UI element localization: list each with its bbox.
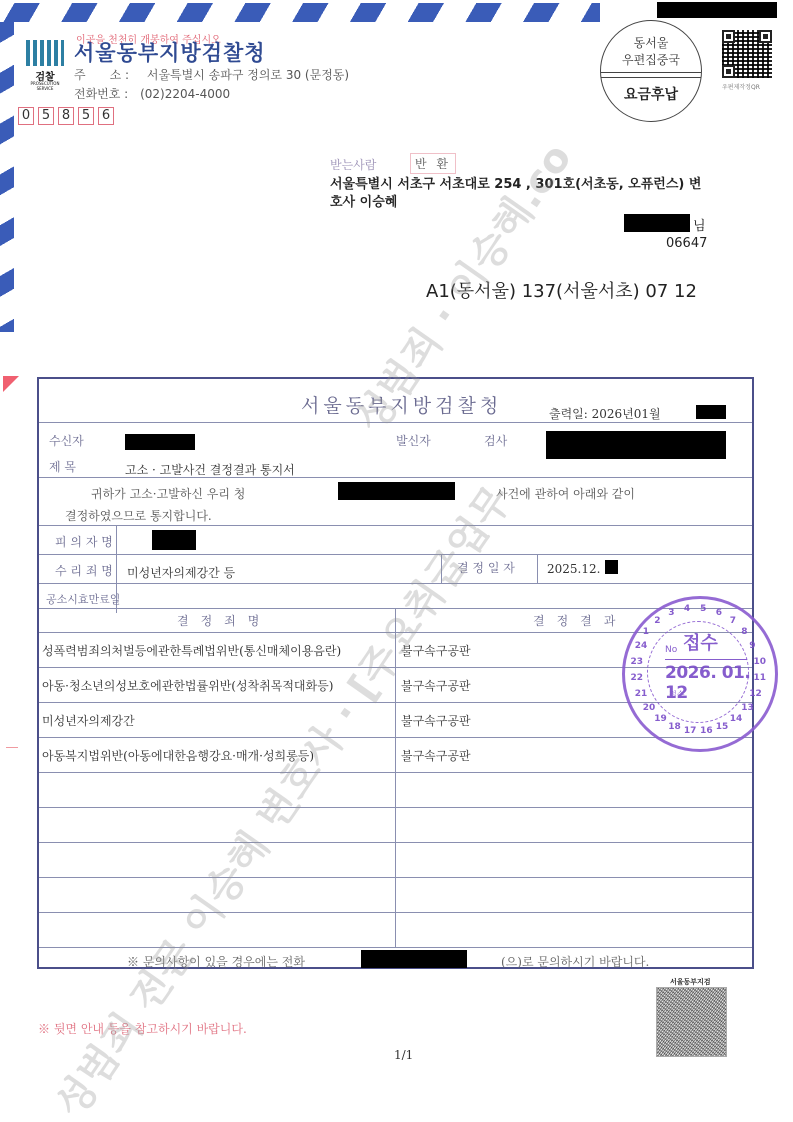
postal-qr-code <box>722 30 772 78</box>
stamp-hour-number: 11 <box>753 673 766 683</box>
charge-label: 수 리 죄 명 <box>55 562 113 579</box>
stamp-hour-number: 23 <box>631 657 644 667</box>
table-row-charge: 아동·청소년의성보호에관한법률위반(성착취목적대화등) <box>42 677 333 694</box>
stamp-hour-number: 8 <box>741 627 747 637</box>
stamp-hour-number: 3 <box>668 608 674 618</box>
sender-address-row: 주 소 : 서울특별시 송파구 정의로 30 (문정동) <box>74 66 349 83</box>
stamp-hour-number: 14 <box>730 714 743 724</box>
sender-zip: 05856 <box>18 104 118 125</box>
row-divider <box>39 912 752 913</box>
stamp-hour-number: 9 <box>749 641 755 651</box>
stamp-hour-number: 7 <box>730 616 736 626</box>
postmark: 동서울 우편집중국 요금후납 <box>600 20 702 122</box>
table-row-result: 불구속구공판 <box>401 747 471 764</box>
qr-finder-icon <box>759 30 772 43</box>
corner-marker-icon <box>3 376 19 392</box>
barcode-caption: 서울동부지검 <box>670 977 711 987</box>
phone-label: 전화번호 : <box>74 87 128 101</box>
limitation-label: 공소시효만료일 <box>46 591 120 607</box>
body-text-3: 결정하였으므로 통지합니다. <box>65 507 212 524</box>
stamp-small-text: 접수 <box>669 689 684 700</box>
postmark-line2: 우편집중국 <box>601 51 701 68</box>
redaction-bar <box>624 214 690 232</box>
table-row-charge: 미성년자의제강간 <box>42 712 135 729</box>
stamp-hour-number: 1 <box>643 627 649 637</box>
stamp-hour-number: 12 <box>749 689 762 699</box>
decision-date: 2025.12. <box>547 562 600 576</box>
zip-digit: 5 <box>38 107 54 125</box>
stamp-no-label: No <box>665 645 677 655</box>
subject-label: 제 목 <box>49 458 76 475</box>
stamp-hour-number: 13 <box>741 703 754 713</box>
recipient-zip: 06647 <box>666 236 707 251</box>
recipient-label: 받는사람 <box>330 156 376 173</box>
redaction-bar <box>361 950 467 968</box>
zip-digit: 6 <box>98 107 114 125</box>
table-row-result: 불구속구공판 <box>401 677 471 694</box>
stamp-hour-number: 18 <box>668 722 681 732</box>
col-header-charge: 결 정 죄 명 <box>177 612 259 629</box>
row-divider <box>39 477 752 478</box>
row-divider <box>39 842 752 843</box>
stamp-hour-number: 5 <box>700 604 706 614</box>
stamp-hour-number: 15 <box>716 722 729 732</box>
redaction-bar <box>696 405 726 419</box>
print-date: 출력일: 2026년01월 <box>549 405 661 422</box>
stamp-title: 접수 <box>683 629 718 655</box>
stamp-hour-number: 22 <box>631 673 644 683</box>
body-text-1: 귀하가 고소·고발하신 우리 청 <box>91 485 245 502</box>
sender-address: 서울특별시 송파구 정의로 30 (문정동) <box>147 68 349 82</box>
stamp-hour-number: 17 <box>684 726 697 736</box>
redaction-bar <box>546 431 726 459</box>
logo-english: PROSECUTION SERVICE <box>22 81 68 91</box>
qr-caption: 우편제작정QR <box>722 82 760 91</box>
body-text-2: 사건에 관하여 아래와 같이 <box>496 485 635 502</box>
logo-bars-icon <box>26 40 64 66</box>
fold-mark <box>6 747 18 748</box>
table-row-result: 불구속구공판 <box>401 712 471 729</box>
address-label: 주 소 : <box>74 68 129 82</box>
airmail-stripe-left <box>0 22 14 332</box>
row-divider <box>39 772 752 773</box>
receiver-label: 수신자 <box>49 432 84 449</box>
qr-finder-icon <box>722 30 735 43</box>
sender-name: 서울동부지방검찰청 <box>74 37 266 67</box>
col-divider <box>537 554 538 583</box>
table-row-charge: 성폭력범죄의처벌등에관한특례법위반(통신매체이용음란) <box>42 642 341 659</box>
stamp-hour-number: 24 <box>635 641 648 651</box>
sender-phone-row: 전화번호 : (02)2204-4000 <box>74 85 230 102</box>
stamp-hour-number: 10 <box>753 657 766 667</box>
redaction-bar <box>125 434 195 450</box>
stamp-rule <box>665 659 747 660</box>
redaction-bar <box>152 530 196 550</box>
stamp-hour-number: 2 <box>654 616 660 626</box>
zip-digit: 5 <box>78 107 94 125</box>
redaction-bar <box>338 482 455 500</box>
col-header-result: 결 정 결 과 <box>533 612 615 629</box>
row-divider <box>39 554 752 555</box>
row-divider <box>39 807 752 808</box>
row-divider <box>39 583 752 584</box>
qr-finder-icon <box>722 65 735 78</box>
suspect-label: 피 의 자 명 <box>55 533 113 550</box>
stamp-hour-number: 19 <box>654 714 667 724</box>
sender-label: 발신자 <box>396 432 431 449</box>
recipient-honorific: 님 <box>693 215 706 234</box>
charge-value: 미성년자의제강간 등 <box>127 564 235 581</box>
airmail-stripe-top <box>0 0 600 22</box>
postmark-line1: 동서울 <box>601 34 701 51</box>
row-divider <box>39 525 752 526</box>
redaction-bar <box>657 2 777 18</box>
zip-digit: 8 <box>58 107 74 125</box>
postmark-line3: 요금후납 <box>601 84 701 104</box>
contact-text-2: (으)로 문의하시기 바랍니다. <box>501 953 649 970</box>
stamp-hour-number: 6 <box>716 608 722 618</box>
sender-role: 검사 <box>484 432 507 449</box>
row-divider <box>39 737 752 738</box>
sender-phone: (02)2204-4000 <box>140 87 230 101</box>
receipt-stamp: 접수 No 2026. 01. 12 접수 123456789101112131… <box>622 596 778 752</box>
stamp-hour-number: 21 <box>635 689 648 699</box>
zip-digit: 0 <box>18 107 34 125</box>
postmark-divider <box>601 72 701 78</box>
document-2d-barcode <box>656 987 727 1057</box>
redaction-bar <box>605 560 618 574</box>
prosecution-logo: 검찰 PROSECUTION SERVICE <box>22 36 68 88</box>
stamp-hour-number: 20 <box>643 703 656 713</box>
page-number: 1/1 <box>394 1048 413 1062</box>
stamp-hour-number: 16 <box>700 726 713 736</box>
return-label: 반 환 <box>410 153 456 174</box>
subject: 고소 · 고발사건 결정결과 통지서 <box>125 461 295 478</box>
row-divider <box>39 877 752 878</box>
stamp-hour-number: 4 <box>684 604 690 614</box>
